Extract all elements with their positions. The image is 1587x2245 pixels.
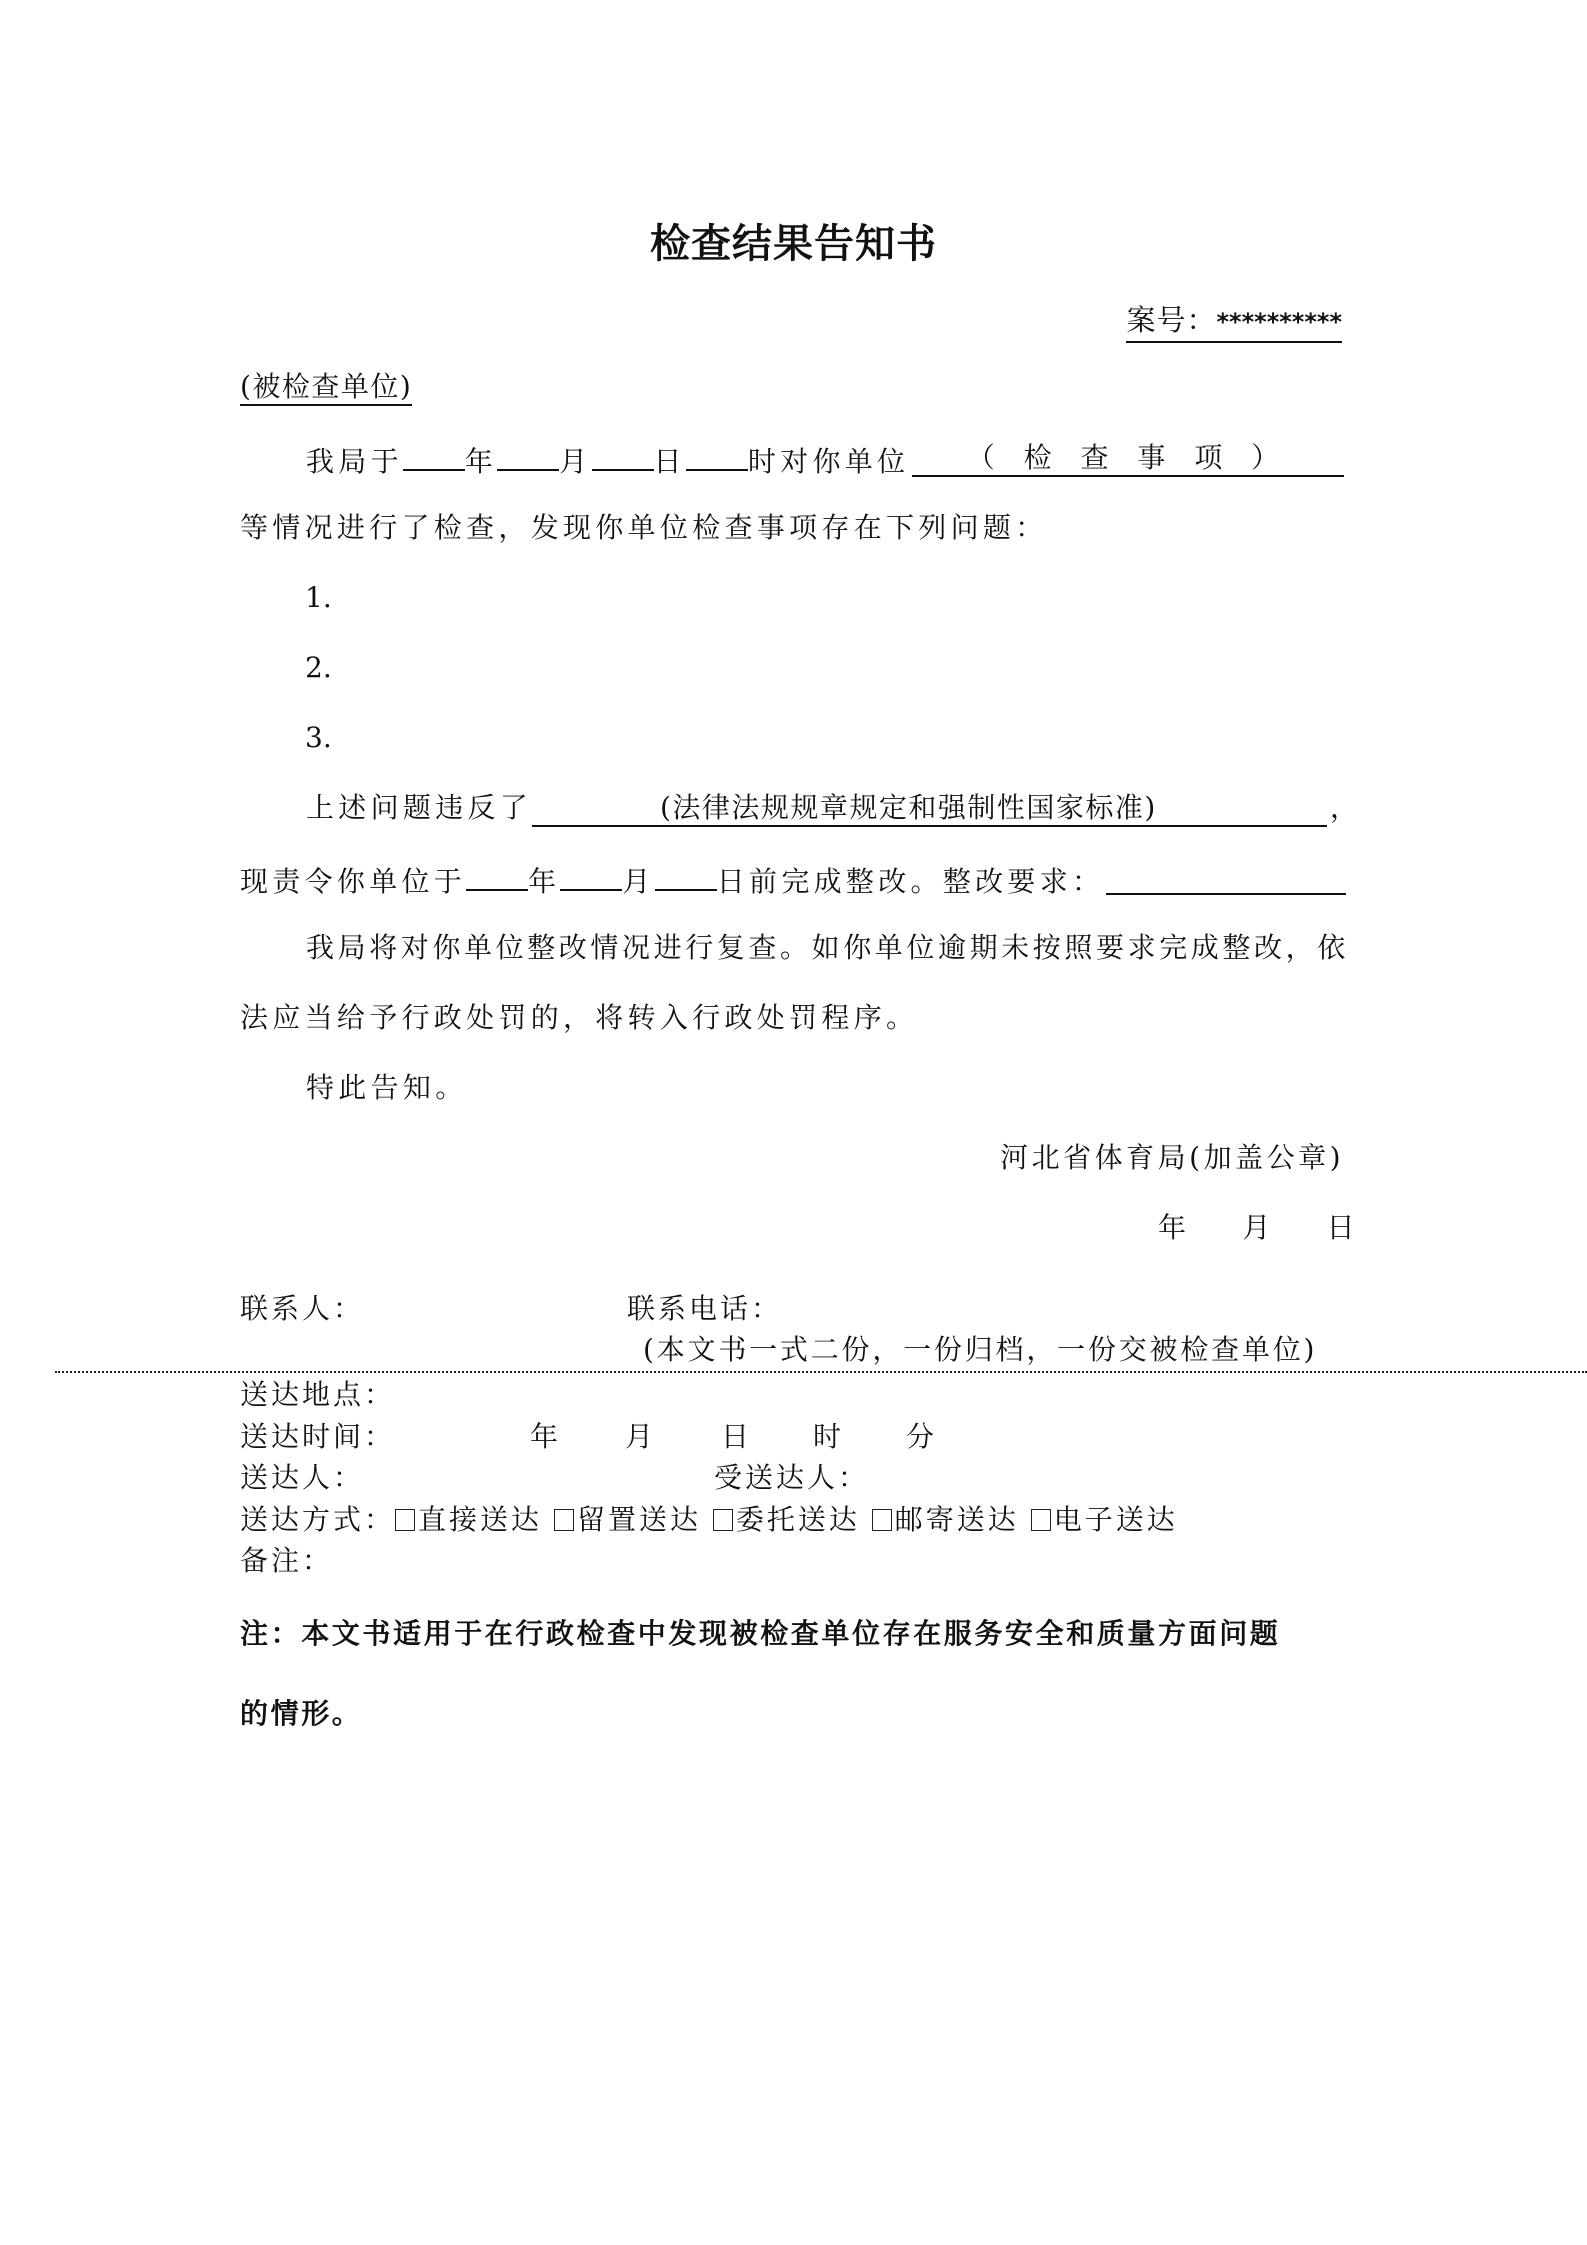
delivery-method-label: 送达方式： <box>240 1503 395 1536</box>
problem-item-2: 2. <box>305 651 332 685</box>
delivery-place-label: 送达地点： <box>240 1378 395 1412</box>
para1-day: 日 <box>654 445 686 478</box>
deadline-month-blank[interactable] <box>560 861 622 891</box>
inspection-matter-placeholder: （ 检 查 事 项 ） <box>967 441 1290 474</box>
para2-year: 年 <box>528 865 560 898</box>
case-number-value: ********** <box>1216 308 1342 336</box>
receiver-label: 受送达人： <box>714 1461 869 1495</box>
deadline-year-blank[interactable] <box>466 861 528 891</box>
method-electronic-label: 电子送达 <box>1054 1503 1178 1536</box>
delivery-time-year: 年 <box>530 1420 561 1454</box>
para2-month: 月 <box>622 865 654 898</box>
method-electronic[interactable]: 电子送达 <box>1031 1503 1178 1536</box>
method-lien-label: 留置送达 <box>577 1503 701 1536</box>
para2-comma: ， <box>1330 791 1362 825</box>
issuer: 河北省体育局(加盖公章) <box>1000 1141 1344 1175</box>
issue-date-day: 日 <box>1327 1211 1359 1244</box>
checkbox-direct[interactable] <box>395 1509 415 1531</box>
remarks-label: 备注： <box>240 1544 333 1578</box>
closing-text: 特此告知。 <box>306 1071 468 1105</box>
contact-person-label: 联系人： <box>240 1292 364 1326</box>
delivery-time-day: 日 <box>721 1420 752 1454</box>
case-number-label: 案号： <box>1126 303 1216 337</box>
copies-note: (本文书一式二份，一份归档，一份交被检查单位) <box>643 1333 1317 1367</box>
contact-phone-label: 联系电话： <box>627 1292 782 1326</box>
delivery-time-label: 送达时间： <box>240 1420 395 1454</box>
checkbox-entrusted[interactable] <box>713 1509 733 1531</box>
method-direct[interactable]: 直接送达 <box>395 1503 542 1536</box>
month-blank[interactable] <box>497 441 559 471</box>
method-mail-label: 邮寄送达 <box>895 1503 1019 1536</box>
method-mail[interactable]: 邮寄送达 <box>872 1503 1019 1536</box>
para1-suffix: 时对你单位 <box>748 445 910 478</box>
issue-date: 年月日 <box>1158 1211 1359 1245</box>
issue-date-year: 年 <box>1158 1211 1190 1244</box>
year-blank[interactable] <box>403 441 465 471</box>
document-title: 检查结果告知书 <box>0 212 1587 269</box>
delivery-method-row: 送达方式：直接送达 留置送达 委托送达 邮寄送达 电子送达 <box>240 1503 1178 1537</box>
issue-date-month: 月 <box>1242 1211 1274 1244</box>
problem-item-1: 1. <box>305 581 332 615</box>
para1-continued: 等情况进行了检查，发现你单位检查事项存在下列问题： <box>240 511 1048 545</box>
violated-law-field[interactable]: (法律法规规章规定和强制性国家标准) <box>532 791 1327 827</box>
checkbox-electronic[interactable] <box>1031 1509 1051 1531</box>
recipient-placeholder: (被检查单位) <box>240 370 412 406</box>
para1-month: 月 <box>559 445 591 478</box>
para2-continued: 现责令你单位于年月日前完成整改。整改要求： <box>240 861 1104 899</box>
deadline-day-blank[interactable] <box>655 861 717 891</box>
checkbox-lien[interactable] <box>554 1509 574 1531</box>
method-lien[interactable]: 留置送达 <box>554 1503 701 1536</box>
para2-prefix2: 现责令你单位于 <box>240 865 466 898</box>
delivery-time-minute: 分 <box>906 1420 937 1454</box>
para2-suffix: 日前完成整改。整改要求： <box>717 865 1105 898</box>
method-entrusted[interactable]: 委托送达 <box>713 1503 860 1536</box>
para1-prefix: 我局于 <box>306 445 403 478</box>
para2-prefix: 上述问题违反了 <box>306 791 532 825</box>
method-direct-label: 直接送达 <box>418 1503 542 1536</box>
para3-line2: 法应当给予行政处罚的，将转入行政处罚程序。 <box>240 1001 918 1035</box>
case-number: 案号：********** <box>1126 298 1342 343</box>
rectification-requirements-field[interactable] <box>1106 893 1346 895</box>
checkbox-mail[interactable] <box>872 1509 892 1531</box>
day-blank[interactable] <box>592 441 654 471</box>
violated-law-placeholder: (法律法规规章规定和强制性国家标准) <box>660 791 1157 825</box>
footnote-line1: 注：本文书适用于在行政检查中发现被检查单位存在服务安全和质量方面问题 <box>240 1612 1280 1652</box>
cut-line-divider <box>55 1371 1587 1373</box>
recipient-line: (被检查单位) <box>240 370 412 404</box>
hour-blank[interactable] <box>686 441 748 471</box>
method-entrusted-label: 委托送达 <box>736 1503 860 1536</box>
para3-line1: 我局将对你单位整改情况进行复查。如你单位逾期未按照要求完成整改，依 <box>306 931 1349 965</box>
delivery-time-hour: 时 <box>813 1420 844 1454</box>
problem-item-3: 3. <box>305 721 332 755</box>
footnote-line2: 的情形。 <box>240 1692 362 1732</box>
para1-year: 年 <box>465 445 497 478</box>
sender-label: 送达人： <box>240 1461 364 1495</box>
delivery-time-month: 月 <box>625 1420 656 1454</box>
inspection-matter-field[interactable]: （ 检 查 事 项 ） <box>912 441 1344 477</box>
para1-line: 我局于年月日时对你单位 <box>306 441 909 479</box>
